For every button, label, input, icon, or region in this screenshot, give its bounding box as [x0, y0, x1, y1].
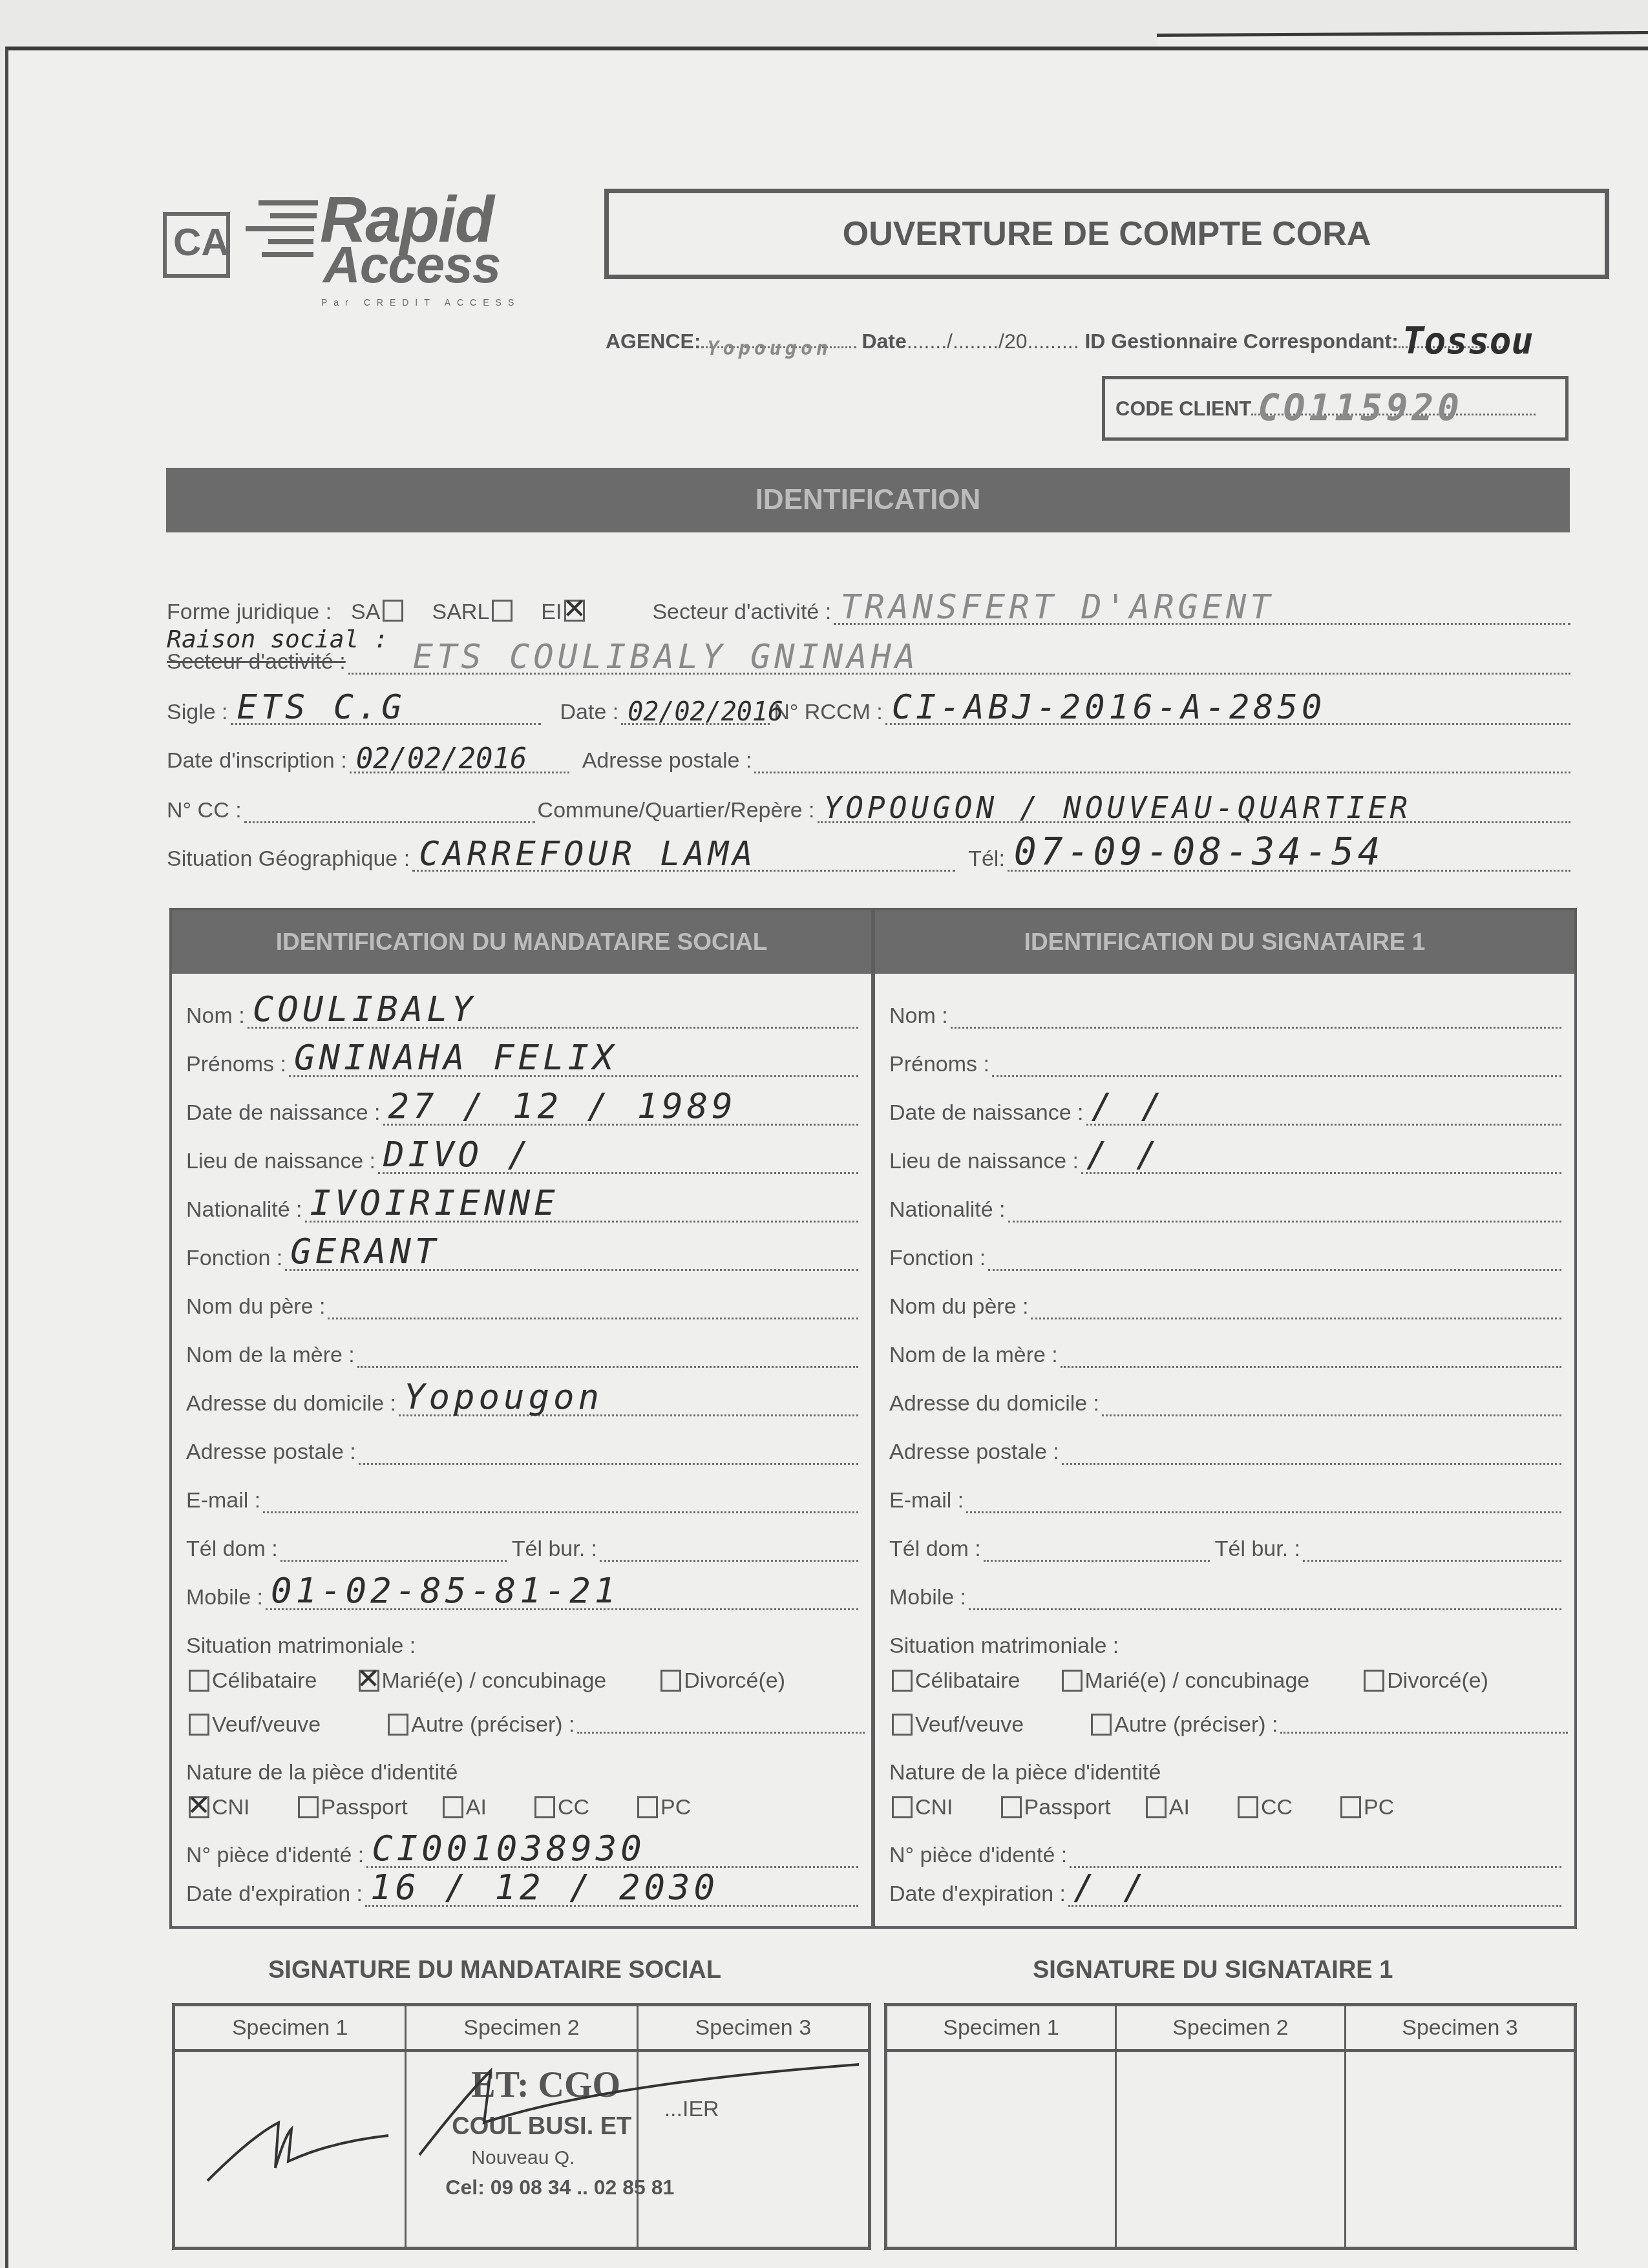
tel-bur-field[interactable]	[600, 1543, 858, 1562]
code-client-value: CO115920	[1258, 388, 1463, 430]
cc-label: N° CC :	[167, 798, 242, 823]
autre-field[interactable]	[577, 1716, 865, 1734]
fonction-value: GERANT	[290, 1231, 439, 1272]
postale-row: Adresse postale :	[172, 1416, 871, 1465]
matrimoniale-option-label: Marié(e) / concubinage	[382, 1668, 607, 1694]
checkbox-icon[interactable]	[1062, 1670, 1083, 1692]
secteur-value: TRANSFERT D'ARGENT	[840, 588, 1274, 627]
piece-option-ai[interactable]: AI	[1143, 1795, 1190, 1820]
matrimoniale-option-label: Marié(e) / concubinage	[1085, 1668, 1310, 1694]
piece-option-label: CC	[1261, 1795, 1293, 1820]
checkbox-icon[interactable]	[359, 1670, 379, 1692]
speed-line-icon	[246, 226, 314, 231]
matrimoniale-option[interactable]: Veuf/veuve	[186, 1712, 321, 1738]
mere-field[interactable]	[1061, 1349, 1561, 1368]
checkbox-icon[interactable]	[388, 1714, 408, 1736]
signataire-panel-header: IDENTIFICATION DU SIGNATAIRE 1	[875, 910, 1574, 974]
piece-option-label: AI	[466, 1795, 487, 1820]
situation-row: Situation Géographique : CARREFOUR LAMA …	[167, 846, 1570, 872]
expiration-value: 16 / 12 / 2030	[370, 1867, 719, 1907]
naissance-field[interactable]: 27 / 12 / 1989	[383, 1107, 858, 1126]
matrimoniale-option[interactable]: Veuf/veuve	[889, 1712, 1024, 1738]
matrimoniale-label: Situation matrimoniale :	[186, 1633, 416, 1659]
expiration-row: Date d'expiration :16 / 12 / 2030	[172, 1868, 871, 1907]
specimen-cell[interactable]: Specimen 2 ET: CGO COUL BUSI. ET Nouveau…	[407, 2006, 638, 2247]
nom-field[interactable]	[951, 1010, 1561, 1029]
fonction-label: Fonction :	[186, 1246, 282, 1271]
forme-juridique-label: Forme juridique :	[167, 600, 332, 625]
piece-option-cc[interactable]: CC	[532, 1795, 589, 1820]
specimen-cell[interactable]: Specimen 3	[1346, 2006, 1574, 2247]
email-field[interactable]	[263, 1495, 858, 1513]
postale-label: Adresse postale :	[186, 1440, 356, 1465]
domicile-label: Adresse du domicile :	[889, 1391, 1099, 1416]
naissance-row: Date de naissance :27 / 12 / 1989	[172, 1077, 871, 1126]
piece-option-pc[interactable]: PC	[1338, 1795, 1394, 1820]
tel-bur-label: Tél bur. :	[512, 1537, 597, 1562]
rccm-field[interactable]: CI-ABJ-2016-A-2850	[885, 705, 1570, 725]
checkbox-icon[interactable]	[443, 1796, 463, 1818]
date-label: Date	[861, 330, 906, 353]
speed-line-icon	[268, 239, 313, 244]
specimen-cell[interactable]: Specimen 3 ...IER	[639, 2006, 868, 2247]
code-client-box: CODE CLIENTCO115920	[1102, 376, 1569, 441]
forme-option-label: SA	[351, 600, 380, 624]
inscription-row: Date d'inscription : 02/02/2016 Adresse …	[167, 748, 1570, 773]
fonction-field[interactable]	[988, 1252, 1561, 1271]
prenoms-value: GNINAHA FELIX	[294, 1037, 618, 1078]
specimen-header: Specimen 2	[1117, 2006, 1344, 2052]
mere-row: Nom de la mère :	[875, 1319, 1574, 1368]
rccm-date-value: 02/02/2016	[628, 697, 783, 727]
checkbox-icon[interactable]	[892, 1714, 913, 1736]
lieu-value: DIVO /	[383, 1134, 533, 1175]
date-field[interactable]: ......./......../20.........	[907, 330, 1079, 353]
checkbox-icon[interactable]	[492, 600, 512, 622]
nom-label: Nom :	[889, 1003, 948, 1029]
postale-label: Adresse postale :	[889, 1440, 1059, 1465]
piece-option-passport[interactable]: Passport	[295, 1795, 408, 1820]
specimen-header: Specimen 1	[175, 2006, 405, 2052]
num-piece-value: CI001038930	[372, 1828, 646, 1869]
nom-label: Nom :	[186, 1003, 245, 1029]
rccm-date-field[interactable]: 02/02/2016	[621, 705, 770, 725]
checkbox-icon[interactable]	[1238, 1796, 1258, 1818]
matrimoniale-option[interactable]: Marié(e) / concubinage	[356, 1668, 607, 1694]
piece-option-label: PC	[1364, 1795, 1394, 1820]
nom-value: COULIBALY	[253, 989, 477, 1029]
raison-sociale-label: Secteur d'activité : Raison social :	[167, 649, 346, 675]
domicile-label: Adresse du domicile :	[186, 1391, 396, 1416]
piece-option-cni[interactable]: CNI	[889, 1795, 953, 1820]
checkbox-icon[interactable]	[1091, 1714, 1112, 1736]
nationalite-label: Nationalité :	[186, 1197, 302, 1223]
matrimoniale-option[interactable]: Divorcé(e)	[658, 1668, 785, 1694]
piece-label: Nature de la pièce d'identité	[889, 1760, 1161, 1785]
expiration-label: Date d'expiration :	[186, 1882, 363, 1907]
adresse-postale-field[interactable]	[754, 753, 1570, 773]
signataire-panel: IDENTIFICATION DU SIGNATAIRE 1 Nom :Prén…	[872, 908, 1577, 1929]
prenoms-field[interactable]: GNINAHA FELIX	[289, 1058, 858, 1077]
checkbox-icon[interactable]	[892, 1670, 913, 1692]
matrimoniale-option[interactable]: Autre (préciser) :	[385, 1712, 865, 1738]
matrimoniale-option-label: Autre (préciser) :	[411, 1712, 575, 1738]
checkbox-icon[interactable]	[1001, 1796, 1022, 1818]
form-title: OUVERTURE DE COMPTE CORA	[604, 189, 1609, 279]
lieu-field[interactable]: DIVO /	[378, 1155, 858, 1174]
agence-line: AGENCE:Yopougon Date......./......../20.…	[606, 330, 1508, 353]
situation-value: CARREFOUR LAMA	[419, 835, 756, 874]
prenoms-row: Prénoms :GNINAHA FELIX	[172, 1029, 871, 1077]
fonction-label: Fonction :	[889, 1246, 986, 1271]
naissance-value: 27 / 12 / 1989	[388, 1086, 737, 1126]
num-piece-field[interactable]	[1070, 1849, 1561, 1868]
naissance-field[interactable]: / /	[1086, 1107, 1561, 1126]
commune-field[interactable]: YOPOUGON / NOUVEAU-QUARTIER	[818, 803, 1570, 823]
specimen-header: Specimen 1	[887, 2006, 1115, 2052]
piece-options: CNIPassportAICCPC	[875, 1785, 1574, 1829]
domicile-row: Adresse du domicile :	[875, 1368, 1574, 1416]
piece-option-cc[interactable]: CC	[1235, 1795, 1293, 1820]
domicile-row: Adresse du domicile :Yopougon	[172, 1368, 871, 1416]
signataire-signature-table: Specimen 1 Specimen 2 Specimen 3	[884, 2003, 1577, 2250]
agence-label: AGENCE:	[606, 330, 701, 353]
tel-row: Tél dom :Tél bur. :	[172, 1513, 871, 1562]
mere-label: Nom de la mère :	[186, 1343, 355, 1368]
tel-dom-field[interactable]	[280, 1543, 507, 1562]
speed-line-icon	[259, 200, 318, 205]
commune-label: Commune/Quartier/Repère :	[538, 798, 815, 823]
matrimoniale-option-label: Veuf/veuve	[212, 1712, 321, 1738]
adresse-postale-label: Adresse postale :	[582, 748, 752, 773]
piece-option-cni[interactable]: CNI	[186, 1795, 250, 1820]
signataire-signature-title: SIGNATURE DU SIGNATAIRE 1	[1033, 1957, 1393, 1984]
piece-option-label: CNI	[915, 1795, 953, 1820]
forme-option-label: SARL	[432, 600, 489, 624]
forme-option-ei[interactable]: EI	[541, 600, 587, 624]
email-row: E-mail :	[172, 1465, 871, 1513]
situation-label: Situation Géographique :	[167, 846, 410, 872]
code-client-field[interactable]: CO115920	[1251, 414, 1536, 415]
lieu-row: Lieu de naissance :/ /	[875, 1126, 1574, 1174]
checkbox-icon[interactable]	[892, 1796, 913, 1818]
autre-field[interactable]	[1280, 1716, 1568, 1734]
gestionnaire-value: Tossou	[1402, 320, 1533, 362]
matrimoniale-label: Situation matrimoniale :	[889, 1633, 1119, 1659]
brand-name-access: Access	[323, 239, 500, 291]
forme-option-label: EI	[541, 600, 562, 624]
tel-dom-field[interactable]	[984, 1543, 1210, 1562]
checkbox-icon[interactable]	[383, 600, 403, 622]
tel-dom-label: Tél dom :	[186, 1537, 278, 1562]
piece-option-label: PC	[660, 1795, 691, 1820]
piece-option-passport[interactable]: Passport	[998, 1795, 1111, 1820]
checkbox-icon[interactable]	[660, 1670, 681, 1692]
naissance-label: Date de naissance :	[889, 1100, 1084, 1126]
matrimoniale-options: Veuf/veuveAutre (préciser) :	[172, 1703, 871, 1747]
matrimoniale-heading: Situation matrimoniale :	[875, 1610, 1574, 1659]
naissance-row: Date de naissance :/ /	[875, 1077, 1574, 1126]
matrimoniale-option-label: Divorcé(e)	[1387, 1668, 1488, 1694]
specimen-cell[interactable]: Specimen 1	[887, 2006, 1117, 2247]
specimen-header: Specimen 3	[639, 2006, 868, 2052]
speed-line-icon	[270, 213, 317, 218]
agence-field[interactable]: Yopougon	[701, 346, 856, 348]
nom-row: Nom :	[875, 980, 1574, 1029]
mere-row: Nom de la mère :	[172, 1319, 871, 1368]
tel-bur-label: Tél bur. :	[1215, 1537, 1300, 1562]
pere-field[interactable]	[328, 1301, 858, 1319]
email-label: E-mail :	[889, 1488, 964, 1513]
checkbox-icon[interactable]	[1340, 1796, 1361, 1818]
matrimoniale-option-label: Célibataire	[212, 1668, 317, 1694]
inscription-value: 02/02/2016	[356, 742, 527, 775]
mobile-value: 01-02-85-81-21	[271, 1570, 619, 1611]
expiration-row: Date d'expiration :/ /	[875, 1868, 1574, 1907]
mobile-field[interactable]: 01-02-85-81-21	[266, 1591, 858, 1610]
raison-sociale-field[interactable]: ETS COULIBALY GNINAHA	[348, 655, 1570, 675]
cc-row: N° CC : Commune/Quartier/Repère : YOPOUG…	[167, 798, 1570, 823]
pere-row: Nom du père :	[875, 1271, 1574, 1319]
piece-label: Nature de la pièce d'identité	[186, 1760, 458, 1785]
gestionnaire-label: ID Gestionnaire Correspondant:	[1084, 330, 1398, 353]
secteur-field[interactable]: TRANSFERT D'ARGENT	[834, 605, 1570, 625]
raison-sociale-value: ETS COULIBALY GNINAHA	[413, 638, 919, 677]
agence-value: Yopougon	[708, 337, 832, 360]
forme-juridique-row: Forme juridique : SASARLEI Secteur d'act…	[167, 600, 1570, 625]
forme-juridique-options: SASARLEI	[351, 600, 613, 625]
specimen-cell[interactable]: Specimen 1	[175, 2006, 407, 2247]
raison-sociale-row: Secteur d'activité : Raison social : ETS…	[167, 649, 1570, 675]
rccm-date-label: Date :	[560, 700, 619, 725]
lieu-label: Lieu de naissance :	[186, 1149, 375, 1174]
piece-option-label: Passport	[321, 1795, 408, 1820]
inscription-label: Date d'inscription :	[167, 748, 347, 773]
domicile-field[interactable]: Yopougon	[399, 1398, 858, 1416]
checkbox-icon[interactable]	[189, 1796, 209, 1818]
mere-label: Nom de la mère :	[889, 1343, 1058, 1368]
tel-row: Tél dom :Tél bur. :	[875, 1513, 1574, 1562]
checkbox-icon[interactable]	[534, 1796, 555, 1818]
piece-option-label: AI	[1169, 1795, 1190, 1820]
pere-label: Nom du père :	[186, 1294, 325, 1319]
speed-line-icon	[262, 252, 313, 257]
tel-bur-field[interactable]	[1303, 1543, 1561, 1562]
raison-sociale-handwritten-label: Raison social :	[167, 625, 388, 653]
nationalite-row: Nationalité :	[875, 1174, 1574, 1223]
piece-heading: Nature de la pièce d'identité	[875, 1747, 1574, 1785]
lieu-field[interactable]: / /	[1081, 1155, 1561, 1174]
num-piece-field[interactable]: CI001038930	[366, 1849, 858, 1868]
mobile-field[interactable]	[969, 1591, 1561, 1610]
matrimoniale-option[interactable]: Marié(e) / concubinage	[1059, 1668, 1310, 1694]
expiration-field[interactable]: 16 / 12 / 2030	[365, 1888, 858, 1907]
commune-value: YOPOUGON / NOUVEAU-QUARTIER	[824, 790, 1412, 825]
mandataire-panel-header: IDENTIFICATION DU MANDATAIRE SOCIAL	[172, 910, 871, 974]
email-field[interactable]	[966, 1495, 1561, 1513]
cc-field[interactable]	[244, 803, 535, 823]
lieu-row: Lieu de naissance :DIVO /	[172, 1126, 871, 1174]
nom-field[interactable]: COULIBALY	[248, 1010, 858, 1029]
matrimoniale-options: CélibataireMarié(e) / concubinageDivorcé…	[172, 1659, 871, 1703]
checkbox-icon[interactable]	[298, 1796, 319, 1818]
matrimoniale-option[interactable]: Divorcé(e)	[1361, 1668, 1488, 1694]
forme-option-sarl[interactable]: SARL	[432, 600, 515, 624]
mere-field[interactable]	[357, 1349, 858, 1368]
matrimoniale-option-label: Autre (préciser) :	[1114, 1712, 1278, 1738]
naissance-value: / /	[1092, 1086, 1167, 1126]
matrimoniale-option-label: Veuf/veuve	[915, 1712, 1024, 1738]
matrimoniale-options: CélibataireMarié(e) / concubinageDivorcé…	[875, 1659, 1574, 1703]
specimen-header: Specimen 2	[407, 2006, 636, 2052]
company-stamp-fragment: ...IER	[664, 2097, 719, 2122]
matrimoniale-options: Veuf/veuveAutre (préciser) :	[875, 1703, 1574, 1747]
domicile-field[interactable]	[1102, 1398, 1561, 1416]
piece-heading: Nature de la pièce d'identité	[172, 1747, 871, 1785]
tel-value: 07-09-08-34-54	[1014, 830, 1384, 874]
checkbox-icon[interactable]	[189, 1670, 209, 1692]
matrimoniale-option-label: Divorcé(e)	[684, 1668, 785, 1694]
matrimoniale-option[interactable]: Autre (préciser) :	[1088, 1712, 1568, 1738]
rccm-value: CI-ABJ-2016-A-2850	[892, 688, 1326, 727]
checkbox-icon[interactable]	[189, 1714, 209, 1736]
num-piece-row: N° pièce d'identé :	[875, 1829, 1574, 1868]
pere-label: Nom du père :	[889, 1294, 1028, 1319]
nom-row: Nom :COULIBALY	[172, 980, 871, 1029]
lieu-label: Lieu de naissance :	[889, 1149, 1079, 1174]
piece-option-label: CC	[558, 1795, 589, 1820]
postale-row: Adresse postale :	[875, 1416, 1574, 1465]
tel-field[interactable]: 07-09-08-34-54	[1008, 852, 1570, 872]
pere-field[interactable]	[1031, 1301, 1561, 1319]
fonction-field[interactable]: GERANT	[285, 1252, 858, 1271]
nationalite-field[interactable]: IVOIRIENNE	[305, 1204, 858, 1223]
expiration-label: Date d'expiration :	[889, 1882, 1066, 1907]
specimen-cell[interactable]: Specimen 2	[1117, 2006, 1346, 2247]
sigle-label: Sigle :	[167, 700, 228, 725]
gestionnaire-field[interactable]: Tossou	[1399, 346, 1508, 348]
piece-option-label: Passport	[1024, 1795, 1111, 1820]
postale-field[interactable]	[1062, 1446, 1561, 1465]
situation-field[interactable]: CARREFOUR LAMA	[412, 852, 955, 872]
nationalite-value: IVOIRIENNE	[310, 1182, 559, 1223]
expiration-value: / /	[1073, 1867, 1148, 1907]
piece-option-pc[interactable]: PC	[635, 1795, 691, 1820]
tel-dom-label: Tél dom :	[889, 1537, 981, 1562]
email-row: E-mail :	[875, 1465, 1574, 1513]
code-client-label: CODE CLIENT	[1115, 397, 1251, 420]
mobile-label: Mobile :	[186, 1585, 263, 1610]
matrimoniale-option[interactable]: Célibataire	[889, 1668, 1020, 1694]
lieu-value: / /	[1086, 1134, 1161, 1175]
nationalite-row: Nationalité :IVOIRIENNE	[172, 1174, 871, 1223]
checkbox-icon[interactable]	[637, 1796, 658, 1818]
fonction-row: Fonction :GERANT	[172, 1223, 871, 1271]
mandataire-signature-title: SIGNATURE DU MANDATAIRE SOCIAL	[268, 1957, 721, 1984]
checkbox-icon[interactable]	[1364, 1670, 1384, 1692]
mobile-label: Mobile :	[889, 1585, 966, 1610]
signature-scribble-icon	[201, 2110, 395, 2187]
pere-row: Nom du père :	[172, 1271, 871, 1319]
mandataire-signature-table: Specimen 1 Specimen 2 ET: CGO COUL BUSI.…	[172, 2003, 871, 2250]
sigle-value: ETS C.G	[237, 688, 406, 727]
checkbox-icon[interactable]	[564, 600, 585, 622]
sigle-field[interactable]: ETS C.G	[231, 705, 541, 725]
matrimoniale-heading: Situation matrimoniale :	[172, 1610, 871, 1659]
postale-field[interactable]	[359, 1446, 858, 1465]
num-piece-label: N° pièce d'identé :	[186, 1843, 364, 1868]
expiration-field[interactable]: / /	[1068, 1888, 1561, 1907]
matrimoniale-option-label: Célibataire	[915, 1668, 1020, 1694]
email-label: E-mail :	[186, 1488, 260, 1513]
matrimoniale-option[interactable]: Célibataire	[186, 1668, 317, 1694]
num-piece-label: N° pièce d'identé :	[889, 1843, 1067, 1868]
domicile-value: Yopougon	[404, 1376, 603, 1417]
piece-option-ai[interactable]: AI	[440, 1795, 487, 1820]
prenoms-row: Prénoms :	[875, 1029, 1574, 1077]
prenoms-field[interactable]	[992, 1058, 1561, 1077]
rccm-label: N° RCCM :	[774, 700, 882, 725]
sigle-row: Sigle : ETS C.G Date : 02/02/2016 N° RCC…	[167, 700, 1570, 725]
logo-monogram: CA	[173, 220, 229, 264]
mandataire-panel: IDENTIFICATION DU MANDATAIRE SOCIAL Nom …	[169, 908, 874, 1929]
fonction-row: Fonction :	[875, 1223, 1574, 1271]
checkbox-icon[interactable]	[1146, 1796, 1167, 1818]
specimen-header: Specimen 3	[1346, 2006, 1574, 2052]
brand-tagline: Par CREDIT ACCESS	[321, 297, 520, 308]
prenoms-label: Prénoms :	[186, 1052, 286, 1077]
prenoms-label: Prénoms :	[889, 1052, 989, 1077]
forme-option-sa[interactable]: SA	[351, 600, 406, 624]
piece-option-label: CNI	[212, 1795, 250, 1820]
identification-section-header: IDENTIFICATION	[166, 468, 1570, 532]
naissance-label: Date de naissance :	[186, 1100, 381, 1126]
secteur-label: Secteur d'activité :	[652, 600, 831, 625]
tel-label: Tél:	[968, 846, 1005, 872]
mobile-row: Mobile :01-02-85-81-21	[172, 1562, 871, 1610]
nationalite-field[interactable]	[1008, 1204, 1561, 1223]
num-piece-row: N° pièce d'identé :CI001038930	[172, 1829, 871, 1868]
inscription-field[interactable]: 02/02/2016	[350, 753, 569, 773]
mobile-row: Mobile :	[875, 1562, 1574, 1610]
piece-options: CNIPassportAICCPC	[172, 1785, 871, 1829]
credit-access-logo-icon: CA	[163, 212, 230, 278]
nationalite-label: Nationalité :	[889, 1197, 1006, 1223]
